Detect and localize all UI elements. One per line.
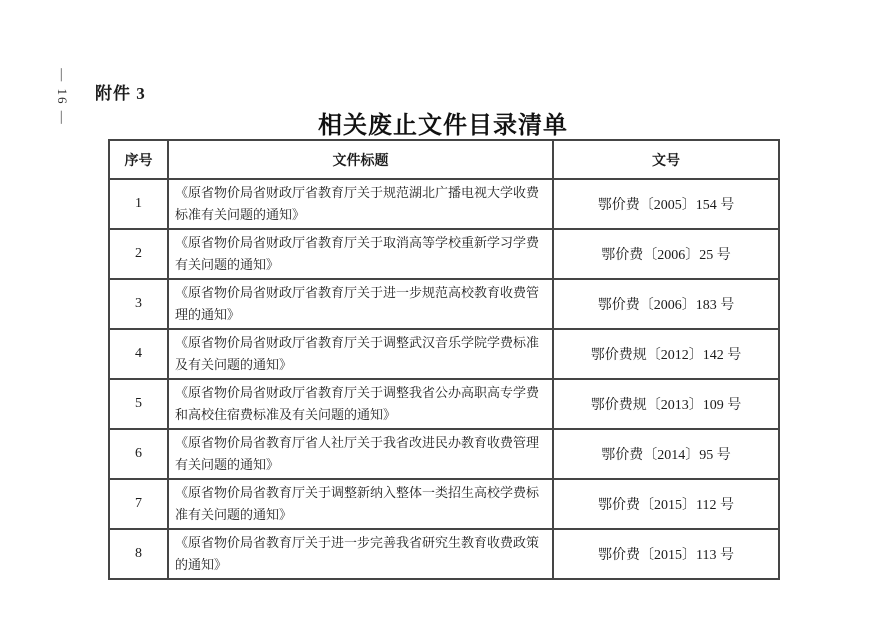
row-title: 《原省物价局省财政厅省教育厅关于调整武汉音乐学院学费标准及有关问题的通知》 bbox=[168, 329, 553, 379]
row-docno: 鄂价费规〔2013〕109 号 bbox=[553, 379, 779, 429]
table-row: 1 《原省物价局省财政厅省教育厅关于规范湖北广播电视大学收费标准有关问题的通知》… bbox=[109, 179, 779, 229]
row-title: 《原省物价局省教育厅关于进一步完善我省研究生教育收费政策的通知》 bbox=[168, 529, 553, 579]
row-docno: 鄂价费〔2014〕95 号 bbox=[553, 429, 779, 479]
row-docno: 鄂价费〔2015〕112 号 bbox=[553, 479, 779, 529]
row-title: 《原省物价局省财政厅省教育厅关于取消高等学校重新学习学费有关问题的通知》 bbox=[168, 229, 553, 279]
column-header-title: 文件标题 bbox=[168, 140, 553, 179]
row-title: 《原省物价局省财政厅省教育厅关于调整我省公办高职高专学费和高校住宿费标准及有关问… bbox=[168, 379, 553, 429]
row-seq: 1 bbox=[109, 179, 168, 229]
column-header-docno: 文号 bbox=[553, 140, 779, 179]
repealed-documents-table: 序号 文件标题 文号 1 《原省物价局省财政厅省教育厅关于规范湖北广播电视大学收… bbox=[108, 139, 780, 580]
page-title: 相关废止文件目录清单 bbox=[108, 105, 778, 140]
table-row: 3 《原省物价局省财政厅省教育厅关于进一步规范高校教育收费管理的通知》 鄂价费〔… bbox=[109, 279, 779, 329]
row-docno: 鄂价费〔2006〕183 号 bbox=[553, 279, 779, 329]
row-seq: 8 bbox=[109, 529, 168, 579]
table-row: 5 《原省物价局省财政厅省教育厅关于调整我省公办高职高专学费和高校住宿费标准及有… bbox=[109, 379, 779, 429]
attachment-label: 附件 3 bbox=[95, 79, 146, 104]
document-page: — 16 — 附件 3 相关废止文件目录清单 序号 文件标题 文号 1 《原省物… bbox=[0, 0, 888, 623]
table-row: 8 《原省物价局省教育厅关于进一步完善我省研究生教育收费政策的通知》 鄂价费〔2… bbox=[109, 529, 779, 579]
row-seq: 7 bbox=[109, 479, 168, 529]
row-seq: 6 bbox=[109, 429, 168, 479]
column-header-seq: 序号 bbox=[109, 140, 168, 179]
row-docno: 鄂价费〔2015〕113 号 bbox=[553, 529, 779, 579]
page-number: — 16 — bbox=[52, 47, 72, 147]
row-docno: 鄂价费〔2006〕25 号 bbox=[553, 229, 779, 279]
row-title: 《原省物价局省财政厅省教育厅关于规范湖北广播电视大学收费标准有关问题的通知》 bbox=[168, 179, 553, 229]
row-docno: 鄂价费〔2005〕154 号 bbox=[553, 179, 779, 229]
table-header-row: 序号 文件标题 文号 bbox=[109, 140, 779, 179]
table-row: 4 《原省物价局省财政厅省教育厅关于调整武汉音乐学院学费标准及有关问题的通知》 … bbox=[109, 329, 779, 379]
row-seq: 4 bbox=[109, 329, 168, 379]
row-seq: 2 bbox=[109, 229, 168, 279]
row-seq: 5 bbox=[109, 379, 168, 429]
row-title: 《原省物价局省财政厅省教育厅关于进一步规范高校教育收费管理的通知》 bbox=[168, 279, 553, 329]
row-title: 《原省物价局省教育厅关于调整新纳入整体一类招生高校学费标准有关问题的通知》 bbox=[168, 479, 553, 529]
row-title: 《原省物价局省教育厅省人社厅关于我省改进民办教育收费管理有关问题的通知》 bbox=[168, 429, 553, 479]
row-docno: 鄂价费规〔2012〕142 号 bbox=[553, 329, 779, 379]
table-row: 6 《原省物价局省教育厅省人社厅关于我省改进民办教育收费管理有关问题的通知》 鄂… bbox=[109, 429, 779, 479]
table-row: 2 《原省物价局省财政厅省教育厅关于取消高等学校重新学习学费有关问题的通知》 鄂… bbox=[109, 229, 779, 279]
row-seq: 3 bbox=[109, 279, 168, 329]
table-row: 7 《原省物价局省教育厅关于调整新纳入整体一类招生高校学费标准有关问题的通知》 … bbox=[109, 479, 779, 529]
